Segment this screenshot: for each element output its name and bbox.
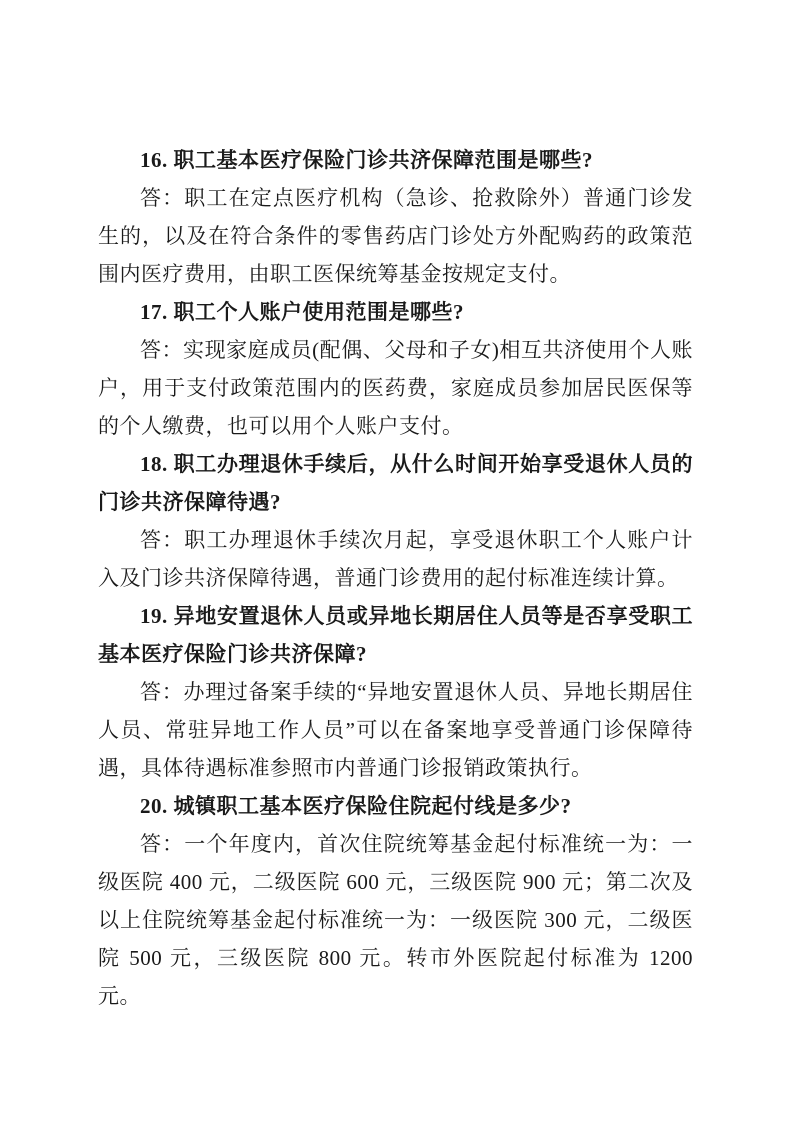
qa-item-20: 20. 城镇职工基本医疗保险住院起付线是多少? 答：一个年度内，首次住院统筹基金… (98, 787, 693, 1015)
answer-label: 答： (140, 186, 184, 210)
question-text: 异地安置退休人员或异地长期居住人员等是否享受职工基本医疗保险门诊共济保障? (98, 604, 693, 666)
answer-paragraph: 答：职工办理退休手续次月起，享受退休职工个人账户计入及门诊共济保障待遇，普通门诊… (98, 521, 693, 597)
question-number: 20. (140, 794, 168, 818)
question-text: 职工办理退休手续后，从什么时间开始享受退休人员的门诊共济保障待遇? (98, 452, 693, 514)
qa-item-17: 17. 职工个人账户使用范围是哪些? 答：实现家庭成员(配偶、父母和子女)相互共… (98, 293, 693, 445)
qa-item-18: 18. 职工办理退休手续后，从什么时间开始享受退休人员的门诊共济保障待遇? 答：… (98, 445, 693, 597)
answer-paragraph: 答：一个年度内，首次住院统筹基金起付标准统一为：一级医院 400 元，二级医院 … (98, 825, 693, 1015)
question-heading: 20. 城镇职工基本医疗保险住院起付线是多少? (98, 787, 693, 825)
answer-text: 实现家庭成员(配偶、父母和子女)相互共济使用个人账户，用于支付政策范围内的医药费… (98, 338, 693, 438)
answer-text: 职工办理退休手续次月起，享受退休职工个人账户计入及门诊共济保障待遇，普通门诊费用… (98, 528, 693, 590)
question-number: 18. (140, 452, 168, 476)
answer-label: 答： (140, 338, 183, 362)
answer-label: 答： (140, 528, 184, 552)
document-page: 16. 职工基本医疗保险门诊共济保障范围是哪些? 答：职工在定点医疗机构（急诊、… (0, 0, 793, 1122)
question-text: 城镇职工基本医疗保险住院起付线是多少? (174, 794, 572, 818)
answer-label: 答： (140, 832, 184, 856)
qa-item-16: 16. 职工基本医疗保险门诊共济保障范围是哪些? 答：职工在定点医疗机构（急诊、… (98, 141, 693, 293)
answer-text: 职工在定点医疗机构（急诊、抢救除外）普通门诊发生的，以及在符合条件的零售药店门诊… (98, 186, 693, 286)
question-text: 职工个人账户使用范围是哪些? (174, 300, 465, 324)
answer-paragraph: 答：办理过备案手续的“异地安置退休人员、异地长期居住人员、常驻异地工作人员”可以… (98, 673, 693, 787)
question-heading: 18. 职工办理退休手续后，从什么时间开始享受退休人员的门诊共济保障待遇? (98, 445, 693, 521)
question-heading: 17. 职工个人账户使用范围是哪些? (98, 293, 693, 331)
question-number: 17. (140, 300, 168, 324)
question-number: 19. (140, 604, 168, 628)
question-text: 职工基本医疗保险门诊共济保障范围是哪些? (174, 148, 594, 172)
question-heading: 16. 职工基本医疗保险门诊共济保障范围是哪些? (98, 141, 693, 179)
question-number: 16. (140, 148, 168, 172)
answer-paragraph: 答：实现家庭成员(配偶、父母和子女)相互共济使用个人账户，用于支付政策范围内的医… (98, 331, 693, 445)
answer-label: 答： (140, 680, 183, 704)
answer-paragraph: 答：职工在定点医疗机构（急诊、抢救除外）普通门诊发生的，以及在符合条件的零售药店… (98, 179, 693, 293)
answer-text: 办理过备案手续的“异地安置退休人员、异地长期居住人员、常驻异地工作人员”可以在备… (98, 680, 693, 780)
question-heading: 19. 异地安置退休人员或异地长期居住人员等是否享受职工基本医疗保险门诊共济保障… (98, 597, 693, 673)
answer-text: 一个年度内，首次住院统筹基金起付标准统一为：一级医院 400 元，二级医院 60… (98, 832, 693, 1008)
qa-item-19: 19. 异地安置退休人员或异地长期居住人员等是否享受职工基本医疗保险门诊共济保障… (98, 597, 693, 787)
